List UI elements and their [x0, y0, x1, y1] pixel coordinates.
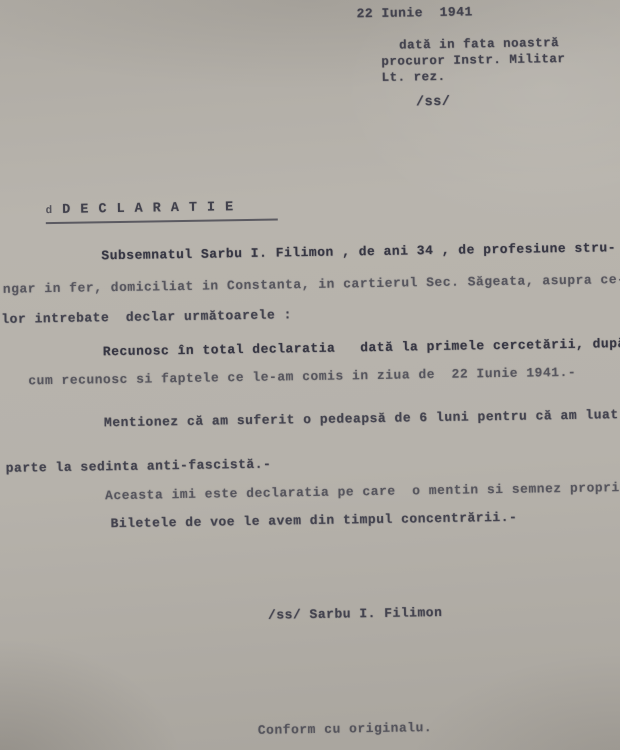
body-line: Biletele de voe le avem din timpul conce… [110, 510, 517, 531]
document-content: 22 Iunie 1941 dată in fata noastră procu… [0, 0, 620, 750]
scanned-document-page: 22 Iunie 1941 dată in fata noastră procu… [0, 0, 620, 750]
attestation-line: dată in fata noastră [399, 36, 559, 53]
attestation-line: procuror Instr. Militar [381, 52, 565, 69]
body-line: Subsemnatul Sarbu I. Filimon , de ani 34… [101, 240, 616, 263]
document-title: dDECLARATIE [45, 196, 277, 224]
document-date: 22 Iunie 1941 [356, 4, 472, 21]
body-line: parte la sedinta anti-fascistă.- [6, 457, 272, 476]
signed-abbreviation-mark: /ss/ [416, 95, 451, 111]
body-line: cum recunosc si faptele ce le-am comis i… [28, 365, 576, 389]
certification-footer: Conform cu originalu. [258, 720, 433, 738]
body-line: Aceasta imi este declaratia pe care o me… [105, 480, 620, 503]
title-prefix-mark: d [46, 205, 53, 217]
body-line: Recunosc în total declaratia dată la pri… [103, 336, 620, 359]
signature-line: /ss/ Sarbu I. Filimon [268, 605, 443, 623]
body-line: ngar in fer, domiciliat in Constanta, in… [3, 272, 620, 297]
attestation-line: Lt. rez. [381, 70, 445, 85]
title-text: DECLARATIE [62, 200, 243, 218]
body-line: Mentionez că am suferit o pedeapsă de 6 … [104, 407, 619, 430]
body-line: lor intrebate declar următoarele : [1, 307, 292, 327]
